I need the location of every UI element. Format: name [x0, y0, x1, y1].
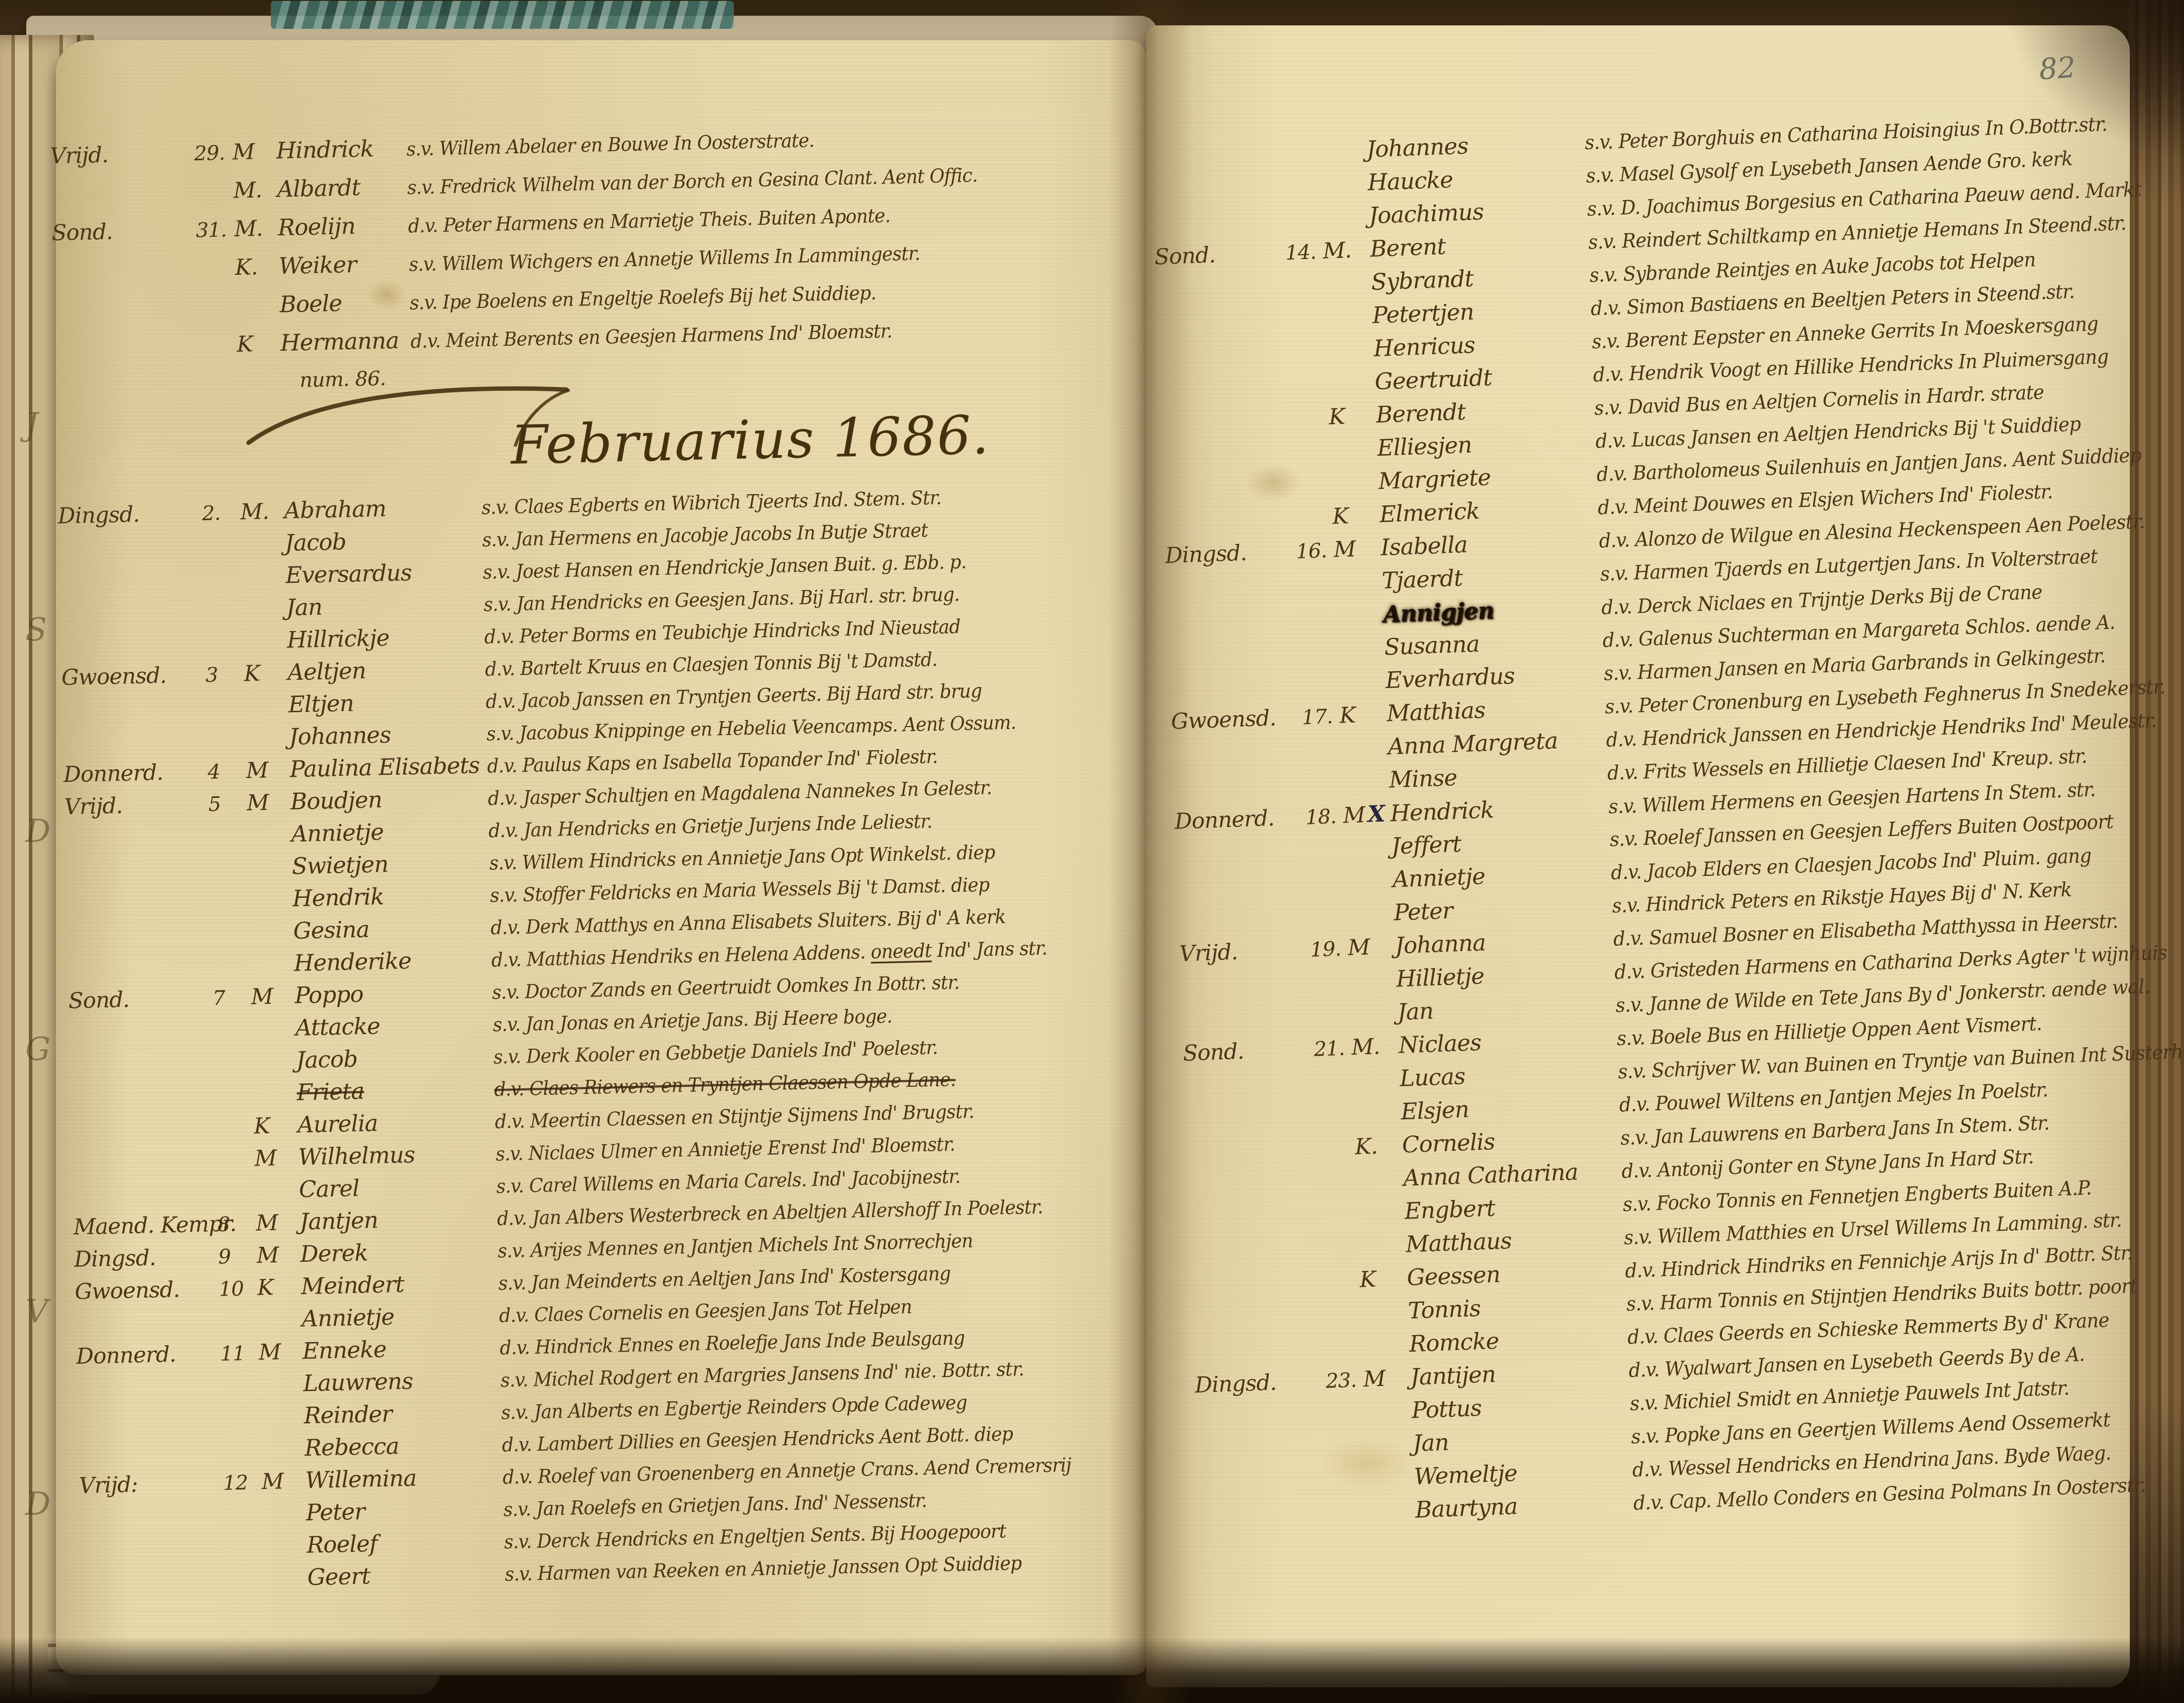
entry-num: 19.: [1310, 936, 1348, 961]
entry-name: Abraham: [284, 494, 482, 524]
entry-day: Maend. Kempr.: [73, 1211, 218, 1239]
entry-name: Hillrickje: [287, 623, 484, 654]
entry-num: 12: [223, 1470, 262, 1495]
entry-name: Poppo: [294, 979, 492, 1009]
entry-mark: [1326, 323, 1373, 325]
entry-detail: s.v. Jan Hermens en Jacobje Jacobs In Bu…: [482, 519, 928, 551]
entry-day: [71, 1102, 215, 1105]
entry-name: Willemina: [305, 1463, 503, 1494]
entry-mark: [1336, 622, 1383, 624]
month-title: Februarius 1686.: [510, 404, 990, 476]
entry-name: Swietjen: [291, 849, 489, 880]
entry-day: [59, 553, 203, 556]
entry-num: [1324, 1320, 1361, 1322]
right-entries: Johanness.v. Peter Borghuis en Catharina…: [1151, 110, 2161, 1538]
entry-mark: K: [253, 1112, 297, 1139]
entry-mark: K: [1328, 402, 1376, 429]
entry-mark: M.: [1323, 237, 1371, 264]
entry-num: [1295, 524, 1333, 525]
entry-num: [1325, 1353, 1362, 1355]
entry-name: Attacke: [295, 1011, 493, 1041]
entry-num: [1310, 922, 1347, 923]
entry-mark: [1327, 356, 1374, 358]
entry-mark: [250, 938, 294, 939]
entry-day: Dingsd.: [74, 1243, 218, 1272]
entry-name: Annietje: [301, 1301, 499, 1332]
entry-day: [66, 876, 210, 879]
entry-mark: [1324, 290, 1372, 291]
entry-num: 14.: [1285, 239, 1324, 264]
january-section: Vrijd.29.MHindricks.v. Willem Abelaer en…: [50, 120, 1125, 374]
entry-mark: M: [1343, 802, 1365, 828]
entry-day: [1197, 1454, 1328, 1459]
entry-num: [1301, 690, 1339, 691]
entry-day: [65, 844, 209, 847]
entry-day: Donnerd.: [63, 759, 208, 787]
entry-day: [1182, 1023, 1313, 1028]
entry-day: [81, 1587, 225, 1590]
entry-day: [66, 908, 211, 911]
entry-name: Hendrik: [292, 882, 490, 912]
entry-num: [1320, 1221, 1358, 1222]
entry-day: [79, 1457, 223, 1461]
cut-letter-fragment: V: [25, 1293, 48, 1330]
entry-day: [1192, 1322, 1324, 1326]
entry-num: [207, 746, 245, 747]
marbled-paper-edge: [271, 1, 734, 29]
entry-num: [1292, 424, 1329, 426]
entry-num: [211, 907, 249, 908]
entry-day: [61, 650, 205, 653]
entry-mark: [236, 312, 280, 313]
entry-num: [223, 1457, 261, 1457]
entry-num: 17.: [1302, 704, 1340, 729]
entry-num: 16.: [1296, 538, 1334, 563]
entry-name: Lauwrens: [303, 1366, 501, 1397]
entry-num: 7: [212, 986, 251, 1010]
entry-num: [225, 1554, 263, 1554]
entry-num: [1308, 889, 1346, 890]
entry-mark: [253, 1100, 297, 1101]
entry-mark: M: [259, 1339, 303, 1365]
cut-letter-fragment: G: [25, 1031, 51, 1068]
entry-mark: M: [261, 1468, 305, 1494]
entry-name: Henderike: [294, 946, 491, 977]
entry-mark: [263, 1553, 307, 1554]
entry-name: Jan: [286, 591, 484, 621]
entry-num: [214, 1037, 252, 1038]
entry-num: 8: [217, 1211, 256, 1236]
entry-num: [1315, 1088, 1353, 1089]
entry-mark: K: [1332, 502, 1380, 529]
entry-mark: [1366, 1451, 1413, 1453]
entry-mark: K: [244, 660, 288, 686]
entry-name: Albardt: [277, 173, 408, 202]
entry-num: 23.: [1325, 1368, 1364, 1393]
cut-letter-fragment: D: [25, 813, 51, 849]
entry-mark: [248, 841, 291, 842]
entry-num: [204, 616, 243, 617]
entry-day: Sond.: [68, 985, 213, 1013]
entry-num: [198, 352, 237, 353]
entry-day: [1194, 1355, 1325, 1360]
entry-num: [204, 584, 242, 585]
entry-mark: K.: [1355, 1132, 1403, 1160]
entry-num: 10: [219, 1276, 258, 1301]
entry-day: Donnerd.: [76, 1340, 221, 1369]
entry-num: [1290, 391, 1328, 392]
entry-mark: [1353, 1086, 1400, 1088]
entry-name: Derek: [300, 1237, 498, 1267]
entry-mark: [1367, 1485, 1414, 1486]
entry-mark: [1359, 1252, 1406, 1254]
entry-mark: [250, 971, 294, 972]
entry-mark: [1349, 986, 1396, 988]
entry-day: [1196, 1421, 1327, 1426]
entry-num: [221, 1392, 259, 1393]
entry-num: [1330, 1486, 1367, 1488]
entry-mark: M: [1333, 535, 1381, 562]
entry-mark: [245, 713, 288, 713]
entry-mark: [261, 1456, 305, 1457]
entry-day: [1176, 857, 1307, 862]
entry-day: [1199, 1488, 1330, 1492]
entry-day: Vrijd:: [79, 1470, 223, 1498]
entry-mark: [1341, 755, 1388, 756]
entry-num: [1297, 590, 1335, 592]
entry-num: [210, 875, 249, 876]
entry-day: [1187, 1156, 1318, 1160]
entry-num: [222, 1424, 260, 1425]
entry-num: [220, 1327, 258, 1328]
entry-mark: [1337, 655, 1385, 657]
entry-name: Hindrick: [276, 135, 407, 164]
entry-mark: [249, 874, 292, 875]
entry-mark: [256, 1197, 299, 1198]
entry-num: 31.: [196, 218, 235, 242]
entry-day: [63, 747, 207, 750]
entry-day: [1189, 1222, 1320, 1227]
entry-num: [216, 1166, 255, 1166]
entry-mark: [1322, 224, 1369, 225]
entry-name: Peter: [306, 1495, 504, 1526]
entry-day: [72, 1166, 216, 1170]
entry-detail: d.v. Claes Cornelis en Geesjen Jans Tot …: [499, 1296, 912, 1327]
entry-mark: [243, 648, 287, 649]
entry-name: Eversardus: [285, 558, 483, 589]
entry-name: Wilhelmus: [298, 1140, 496, 1170]
entry-num: 21.: [1313, 1036, 1352, 1061]
entry-day: Vrijd.: [64, 791, 208, 820]
entry-detail: d.v. Jan Hendricks en Grietje Jurjens In…: [488, 810, 933, 842]
entry-mark: MX: [1343, 800, 1391, 829]
entry-name: Enneke: [302, 1334, 500, 1364]
entry-day: [54, 353, 198, 356]
entry-name: Annietje: [291, 817, 489, 848]
entry-mark: M: [251, 983, 295, 1009]
entry-mark: [1365, 1418, 1412, 1420]
entry-mark: [1339, 688, 1386, 690]
entry-name: Boudjen: [290, 785, 488, 815]
entry-num: [197, 313, 236, 314]
entry-mark: [1347, 921, 1394, 922]
entry-mark: M: [1363, 1365, 1411, 1392]
entry-name: Johannes: [289, 720, 487, 751]
entry-day: [81, 1554, 225, 1558]
entry-mark: M: [254, 1145, 298, 1171]
entry-num: [1287, 291, 1324, 293]
entry-day: [67, 940, 211, 943]
entry-mark: M.: [234, 215, 278, 242]
entry-mark: [1368, 1518, 1416, 1520]
entry-mark: K: [1359, 1265, 1407, 1292]
entry-num: [205, 649, 243, 650]
entry-day: [68, 973, 212, 976]
entry-mark: [252, 1035, 296, 1036]
entry-mark: [1335, 588, 1382, 590]
entry-mark: [1344, 854, 1392, 856]
entry-name: Jantjen: [299, 1205, 497, 1235]
entry-mark: [264, 1585, 308, 1586]
entry-name: Aeltjen: [287, 655, 485, 686]
entry-day: Vrijd.: [1179, 936, 1311, 966]
entry-day: [1185, 1122, 1317, 1127]
entry-mark: [252, 1068, 296, 1069]
entry-num: 11: [220, 1341, 259, 1365]
entry-mark: [243, 616, 287, 616]
entry-num: [214, 1069, 252, 1070]
entry-num: [1300, 657, 1337, 658]
entry-day: [60, 617, 204, 620]
entry-num: 4: [207, 759, 246, 784]
entry-name: Aurelia: [297, 1108, 495, 1138]
entry-num: 18.: [1305, 804, 1344, 829]
entry-detail: s.v. Willem Abelaer en Bouwe In Oosterst…: [406, 129, 815, 160]
entry-mark: [260, 1423, 304, 1424]
entry-mark: [258, 1326, 302, 1327]
entry-num: [195, 198, 234, 199]
left-page-text: Vrijd.29.MHindricks.v. Willem Abelaer en…: [50, 120, 1151, 1602]
entry-mark: [1354, 1119, 1401, 1121]
entry-mark: [1351, 1020, 1398, 1021]
cut-letter-fragment: S: [25, 612, 47, 648]
entry-day: Vrijd.: [50, 140, 194, 169]
entry-day: [1188, 1189, 1319, 1194]
entry-num: [1323, 1287, 1360, 1288]
entry-num: [224, 1521, 263, 1522]
entry-name: Frieta: [297, 1075, 494, 1106]
entry-num: [1317, 1121, 1354, 1122]
entry-detail: s.v. Jan Roelefs en Grietjen Jans. Ind' …: [503, 1489, 927, 1521]
entry-name: Jacob: [296, 1043, 494, 1073]
entry-num: 9: [218, 1244, 257, 1268]
entry-day: Gwoensd.: [75, 1276, 219, 1304]
entry-num: 5: [208, 792, 247, 816]
entry-mark: [1328, 389, 1375, 391]
entry-num: [1299, 624, 1336, 625]
entry-num: [1283, 192, 1321, 193]
entry-num: [225, 1586, 264, 1587]
entry-day: [53, 276, 197, 279]
entry-mark: M: [232, 138, 276, 165]
book-gutter-shadow: [1109, 0, 1192, 1703]
manuscript-photo: JSDGVD Vrijd.29.MHindricks.v. Willem Abe…: [0, 0, 2184, 1703]
entry-name: Boele: [279, 289, 410, 318]
right-page-text: Johanness.v. Peter Borghuis en Catharina…: [1151, 110, 2161, 1538]
entry-num: [1327, 1420, 1365, 1421]
entry-num: [1294, 491, 1331, 492]
entry-mark: [1358, 1219, 1405, 1221]
entry-mark: [242, 583, 286, 584]
entry-num: [217, 1198, 256, 1199]
entry-mark: M.: [1351, 1033, 1399, 1060]
entry-day: Dingsd.: [1194, 1368, 1326, 1398]
entry-name: Gesina: [293, 914, 491, 945]
entry-day: [1181, 990, 1312, 994]
entry-day: [80, 1522, 224, 1525]
entry-mark: M: [246, 789, 290, 815]
entry-day: [59, 585, 204, 588]
entry-mark: [1321, 190, 1368, 192]
entry-day: [1178, 923, 1310, 928]
entry-num: 29.: [194, 141, 233, 165]
entry-num: [1288, 325, 1326, 326]
entry-num: [197, 275, 235, 276]
entry-num: [1307, 856, 1344, 857]
entry-mark: [1342, 788, 1389, 789]
february-section: Dingsd.2.M.Abrahams.v. Claes Egberts en …: [58, 479, 1151, 1602]
entry-num: [1313, 1021, 1351, 1023]
entry-num: [1319, 1187, 1356, 1189]
entry-day: Gwoensd.: [61, 662, 206, 690]
entry-name: Paulina Elisabets: [290, 752, 487, 783]
entry-mark: M.: [240, 498, 284, 525]
entry-name: Roelef: [306, 1528, 504, 1558]
entry-name: Rebecca: [304, 1431, 502, 1461]
entry-day: [62, 714, 207, 717]
entry-mark: M: [256, 1209, 300, 1236]
entry-num: [1328, 1453, 1366, 1454]
entry-mark: K: [236, 331, 280, 357]
entry-num: [1303, 756, 1341, 758]
entry-name: Weiker: [278, 250, 409, 279]
entry-mark: [249, 906, 293, 907]
entry-day: [69, 1037, 214, 1040]
entry-day: [73, 1199, 217, 1202]
entry-mark: [1356, 1186, 1403, 1187]
entry-mark: [1320, 157, 1367, 159]
entry-day: Dingsd.: [58, 500, 202, 529]
page-number: 82: [2038, 50, 2077, 87]
entry-num: [1289, 358, 1327, 359]
entry-day: [70, 1070, 214, 1073]
entry-num: [1305, 789, 1342, 791]
entry-day: Sond.: [52, 217, 196, 246]
entry-num: [1321, 1254, 1359, 1255]
entry-day: Donnerd.: [1174, 804, 1306, 834]
entry-mark: [1330, 456, 1378, 457]
entry-num: [209, 843, 248, 844]
entry-day: [72, 1134, 216, 1137]
entry-num: [1312, 988, 1349, 990]
entry-num: [1285, 225, 1322, 226]
entry-mark: [1361, 1319, 1408, 1320]
entry-mark: M: [1348, 934, 1396, 961]
entry-mark: M: [256, 1242, 301, 1268]
entry-num: [1318, 1154, 1355, 1156]
entry-num: [211, 940, 250, 941]
entry-mark: K.: [235, 254, 279, 280]
cut-letter-fragment: J: [25, 406, 38, 443]
entry-mark: K: [1339, 701, 1387, 728]
entry-mark: [241, 551, 285, 552]
entry-num: [215, 1133, 254, 1134]
entry-day: [1190, 1255, 1321, 1260]
entry-mark: [1346, 887, 1393, 889]
entry-detail: s.v. Derk Kooler en Gebbetje Daniels Ind…: [493, 1036, 938, 1068]
entry-num: [1293, 457, 1330, 459]
entry-day: [1177, 890, 1308, 895]
entry-mark: [263, 1520, 306, 1521]
entry-name: Roelijn: [278, 212, 408, 241]
bottom-shadow: [0, 1637, 2184, 1703]
entry-name: Carel: [299, 1172, 497, 1203]
entry-num: 3: [205, 662, 244, 687]
entry-name: Hermanna: [280, 327, 411, 356]
entry-num: [1282, 159, 1320, 160]
entry-day: [54, 314, 198, 317]
entry-num: 2.: [202, 501, 241, 525]
entry-num: [215, 1101, 253, 1102]
entry-mark: [1331, 489, 1379, 491]
x-mark: X: [1367, 800, 1386, 827]
entry-name: Jacob: [284, 526, 482, 557]
entry-mark: [259, 1391, 303, 1392]
entry-mark: M: [246, 757, 290, 783]
entry-num: [203, 552, 241, 553]
entry-day: [76, 1328, 220, 1331]
entry-day: [51, 199, 195, 202]
entry-name: Meindert: [301, 1269, 498, 1300]
entry-name: Reinder: [304, 1398, 501, 1429]
entry-num: [212, 972, 250, 973]
entry-mark: [1362, 1352, 1410, 1353]
entry-name: Eltjen: [288, 688, 486, 718]
entry-name: Geert: [307, 1560, 505, 1591]
entry-mark: K: [257, 1274, 301, 1300]
entry-day: Sond.: [1182, 1036, 1314, 1066]
entry-day: [78, 1425, 222, 1428]
entry-detail: s.v. Jan Jonas en Arietje Jans. Bij Heer…: [493, 1005, 892, 1036]
entry-num: [1331, 1520, 1368, 1521]
entry-day: [1184, 1089, 1315, 1094]
entry-day: [1192, 1288, 1323, 1293]
entry-day: [77, 1393, 221, 1396]
entry-day: [1174, 791, 1305, 796]
entry-day: [1200, 1521, 1331, 1526]
facing-page-fragments: JSDGVD: [25, 0, 60, 1703]
entry-num: [206, 713, 245, 714]
cut-letter-fragment: D: [25, 1485, 51, 1522]
entry-mark: M.: [233, 177, 277, 203]
entry-mark: [245, 744, 289, 745]
